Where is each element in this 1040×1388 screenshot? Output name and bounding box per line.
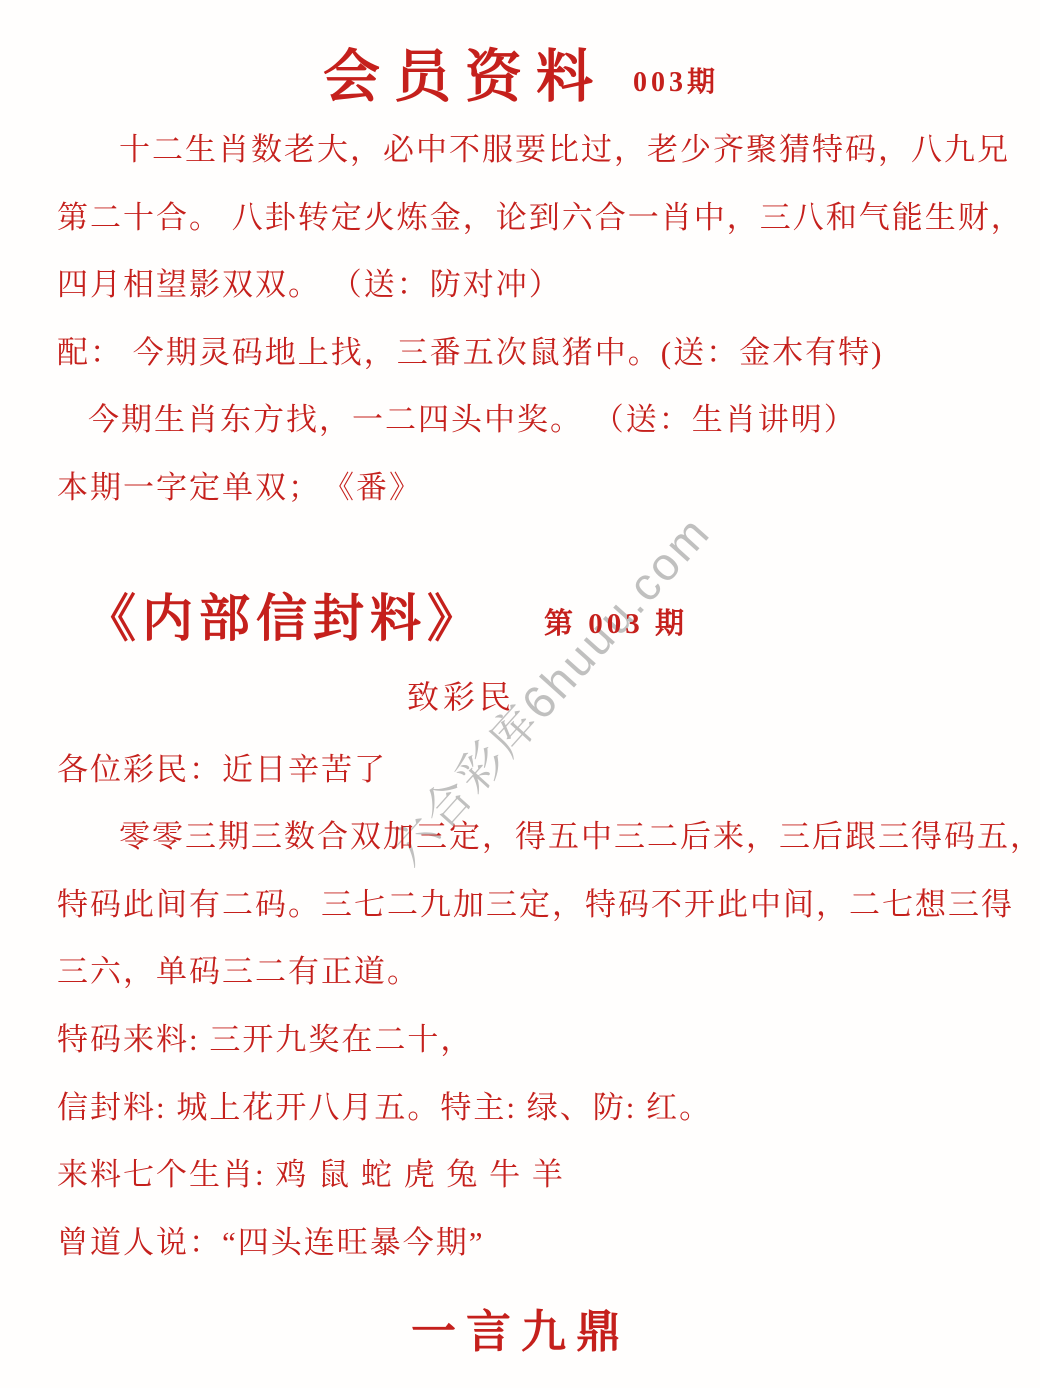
member-info-line: 第二十合。 八卦转定火炼金，论到六合一肖中，三八和气能生财， bbox=[57, 202, 985, 234]
member-info-line: 四月相望影双双。 （送：防对冲） bbox=[57, 269, 985, 301]
member-info-issue-number: 003期 bbox=[633, 60, 719, 106]
member-info-line: 本期一字定单双； 《番》 bbox=[57, 472, 985, 504]
envelope-line: 特码此间有二码。三七二九加三定，特码不开此中间，二七想三得 bbox=[57, 889, 985, 921]
envelope-line: 零零三期三数合双加三定，得五中三二后来，三后跟三得码五， bbox=[57, 821, 985, 853]
document-page: 六合彩库6huuu.com 会员资料 003期 十二生肖数老大，必中不服要比过，… bbox=[0, 0, 1040, 1388]
member-info-line: 十二生肖数老大，必中不服要比过，老少齐聚猜特码，八九兄 bbox=[57, 134, 985, 166]
envelope-line: 三六，单码三二有正道。 bbox=[57, 956, 985, 988]
envelope-line: 曾道人说：“四头连旺暴今期” bbox=[57, 1227, 985, 1259]
envelope-greeting: 各位彩民：近日辛苦了 bbox=[57, 754, 985, 786]
member-info-header: 会员资料 003期 bbox=[57, 30, 985, 106]
envelope-line: 特码来料: 三开九奖在二十， bbox=[57, 1024, 985, 1056]
member-info-line: 今期生肖东方找，一二四头中奖。 （送：生肖讲明） bbox=[57, 404, 985, 436]
envelope-title: 《内部信封料》 bbox=[85, 595, 484, 646]
footer-motto: 一言九鼎 bbox=[57, 1295, 985, 1360]
envelope-issue-number: 第 003 期 bbox=[544, 601, 688, 646]
envelope-salutation: 致彩民 bbox=[57, 672, 865, 718]
member-info-line: 配： 今期灵码地上找，三番五次鼠猪中。(送：金木有特) bbox=[57, 337, 985, 369]
envelope-line: 来料七个生肖: 鸡 鼠 蛇 虎 兔 牛 羊 bbox=[57, 1159, 985, 1191]
envelope-header: 《内部信封料》 第 003 期 bbox=[85, 582, 985, 646]
envelope-line: 信封料: 城上花开八月五。特主: 绿、防: 红。 bbox=[57, 1092, 985, 1124]
document-content: 会员资料 003期 十二生肖数老大，必中不服要比过，老少齐聚猜特码，八九兄 第二… bbox=[0, 0, 1040, 1360]
member-info-title: 会员资料 bbox=[323, 49, 607, 106]
